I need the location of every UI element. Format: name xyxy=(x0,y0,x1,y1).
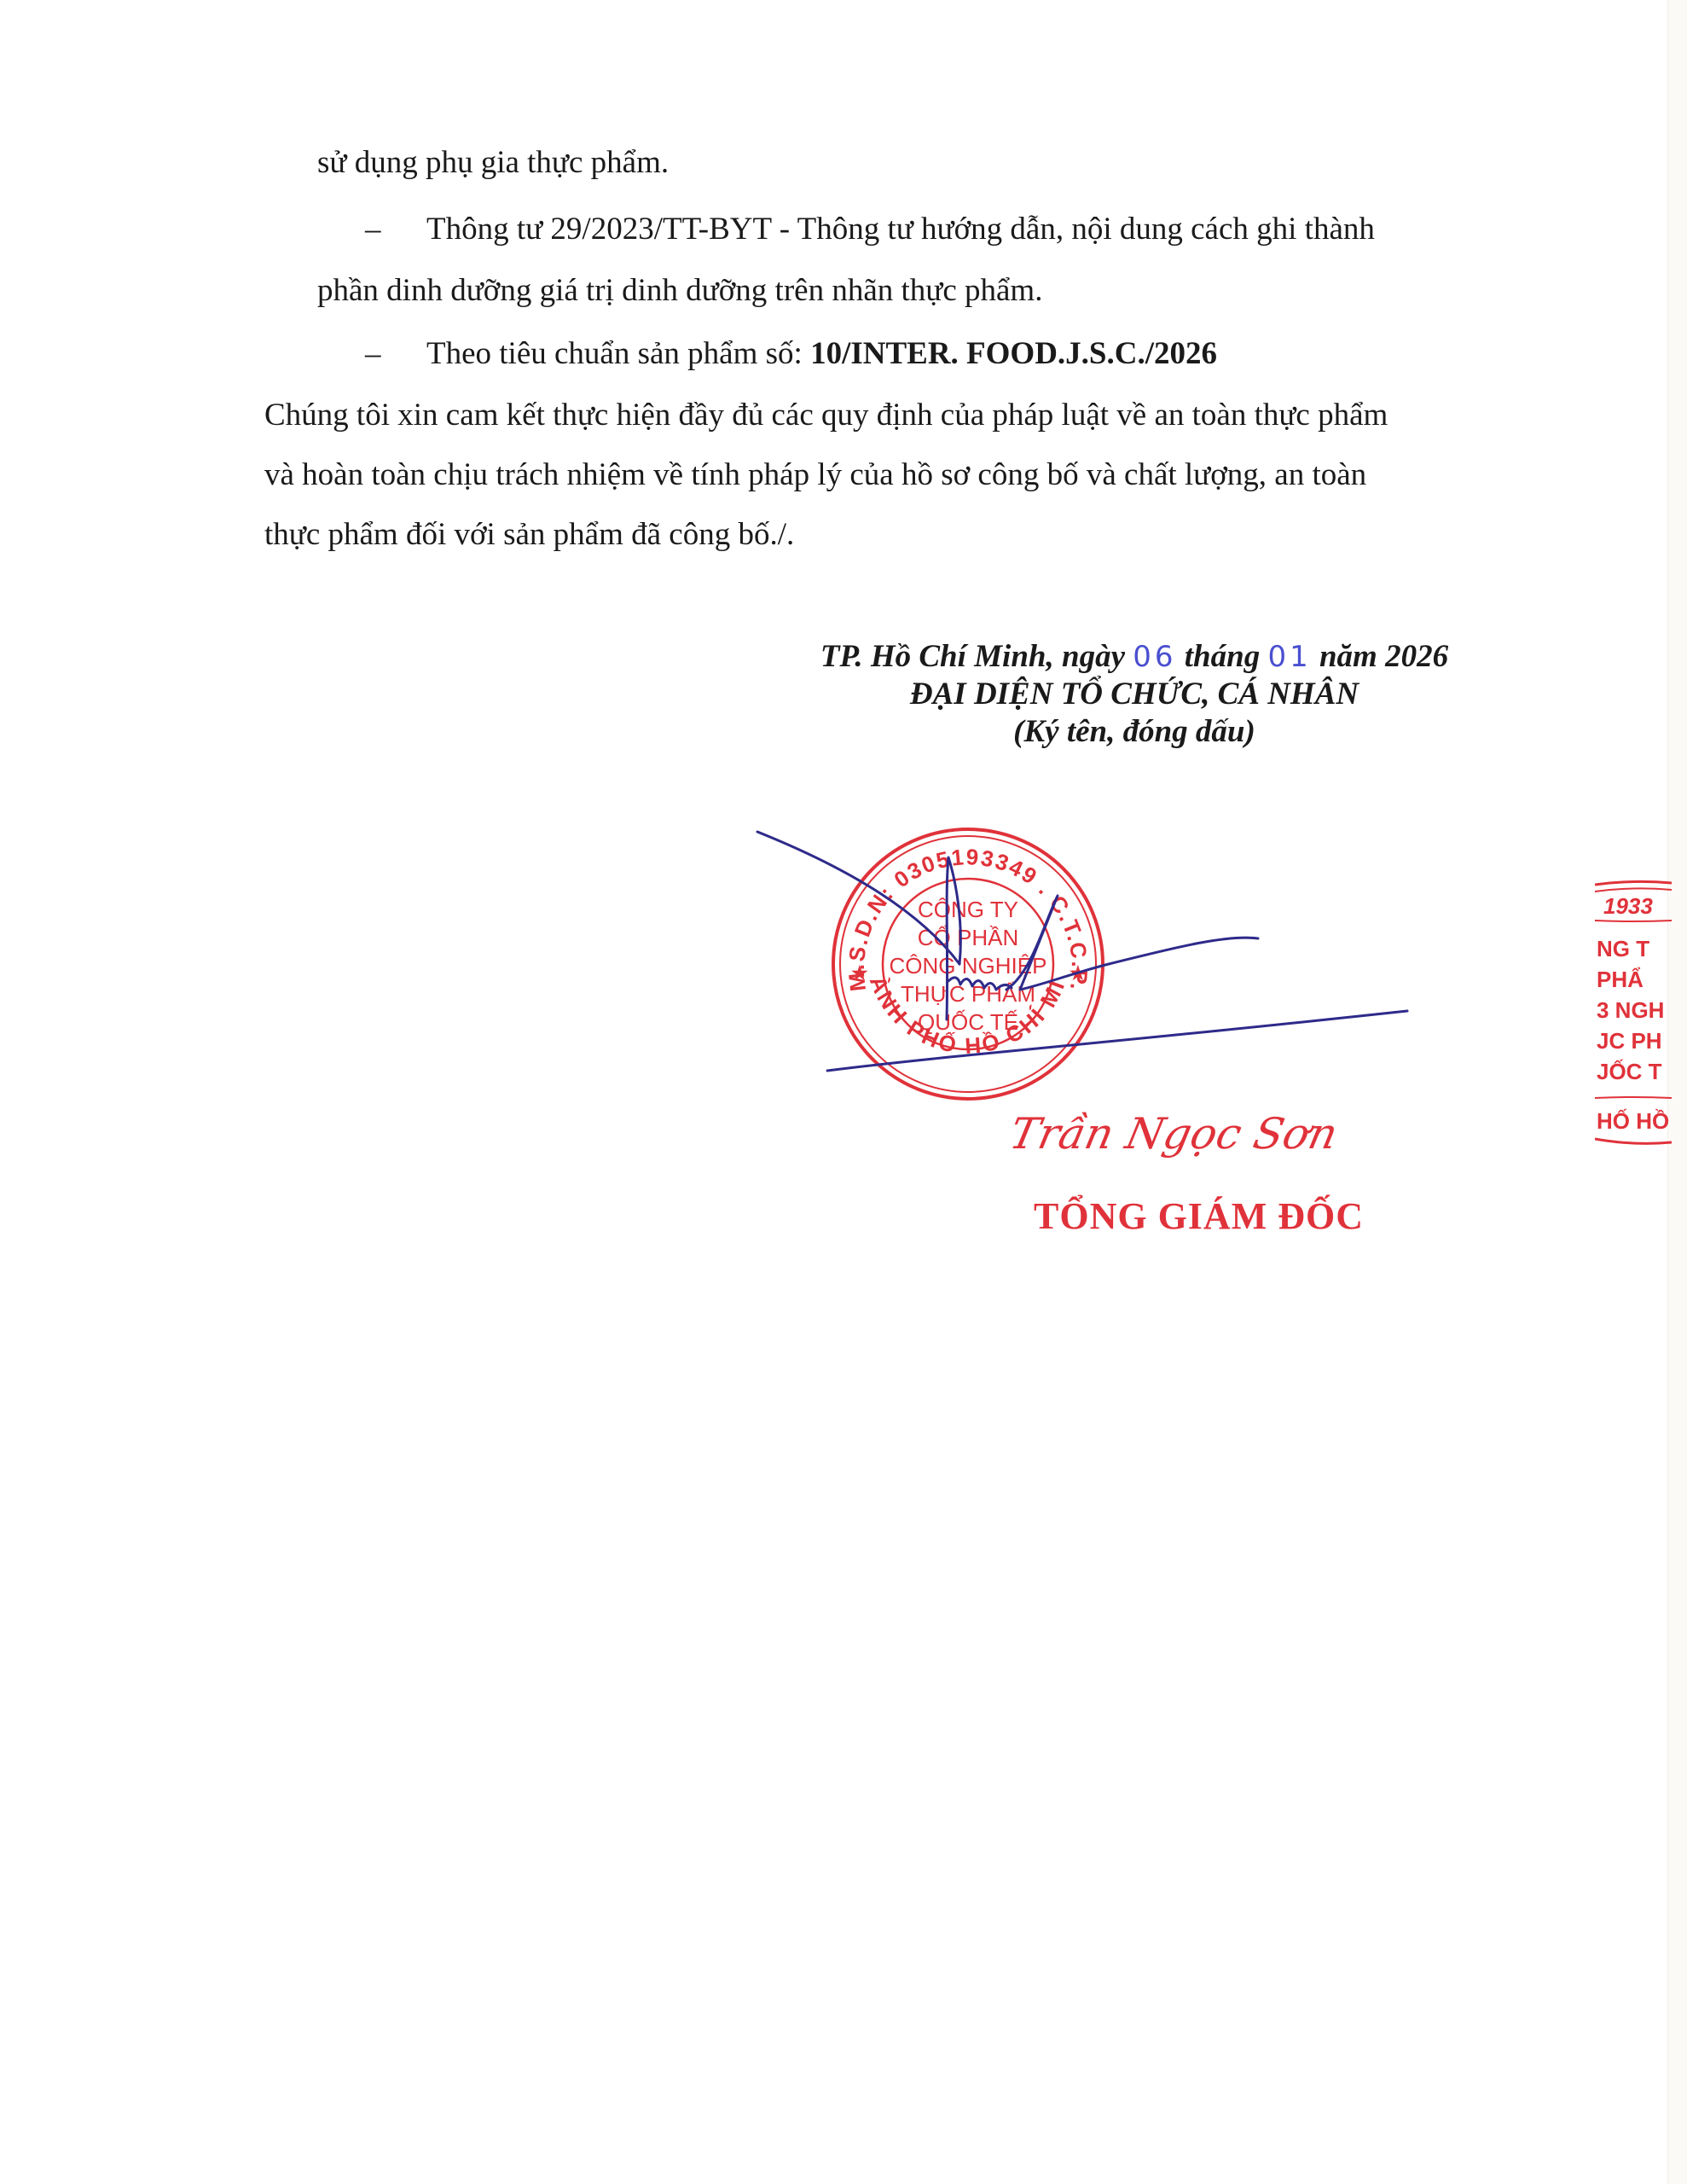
handwritten-day: 06 xyxy=(1133,640,1176,674)
handwritten-month: 01 xyxy=(1267,640,1311,674)
svg-text:1933: 1933 xyxy=(1603,893,1653,919)
bullet-circular-29-cont: phần dinh dưỡng giá trị dinh dưỡng trên … xyxy=(317,275,1042,306)
signature-block: TP. Hồ Chí Minh, ngày 06 tháng 01 năm 20… xyxy=(699,638,1569,751)
representative-role: ĐẠI DIỆN TỔ CHỨC, CÁ NHÂN xyxy=(699,676,1569,713)
commitment-line-1: Chúng tôi xin cam kết thực hiện đầy đủ c… xyxy=(264,399,1388,431)
standard-number: 10/INTER. FOOD.J.S.C./2026 xyxy=(810,336,1217,371)
partial-seal: 1933 NG T PHẨ 3 NGH JC PH JỐC T HỐ HỒ xyxy=(1595,874,1672,1156)
commitment-line-3: thực phẩm đối với sản phẩm đã công bố./. xyxy=(264,519,794,550)
signer-title: TỔNG GIÁM ĐỐC xyxy=(1034,1194,1364,1238)
svg-text:JỐC T: JỐC T xyxy=(1597,1059,1662,1084)
svg-text:JC PH: JC PH xyxy=(1597,1028,1662,1054)
svg-text:PHẨ: PHẨ xyxy=(1597,967,1644,992)
commitment-line-2: và hoàn toàn chịu trách nhiệm về tính ph… xyxy=(264,459,1366,491)
standard-prefix: Theo tiêu chuẩn sản phẩm số: xyxy=(426,336,810,371)
place-date: TP. Hồ Chí Minh, ngày 06 tháng 01 năm 20… xyxy=(699,638,1569,676)
bullet-marker: – xyxy=(365,335,381,372)
svg-text:NG T: NG T xyxy=(1597,936,1649,961)
handwritten-signature xyxy=(751,819,1433,1092)
svg-text:3 NGH: 3 NGH xyxy=(1597,997,1664,1023)
bullet-circular-29: Thông tư 29/2023/TT-BYT - Thông tư hướng… xyxy=(426,213,1375,245)
bullet-product-standard: Theo tiêu chuẩn sản phẩm số: 10/INTER. F… xyxy=(426,338,1217,369)
bullet-marker: – xyxy=(365,211,381,247)
text-line-additives: sử dụng phụ gia thực phẩm. xyxy=(317,147,669,178)
svg-text:HỐ HỒ: HỐ HỒ xyxy=(1597,1108,1669,1134)
signer-name: Trần Ngọc Sơn xyxy=(1006,1109,1342,1159)
sign-instruction: (Ký tên, đóng dấu) xyxy=(699,713,1569,751)
